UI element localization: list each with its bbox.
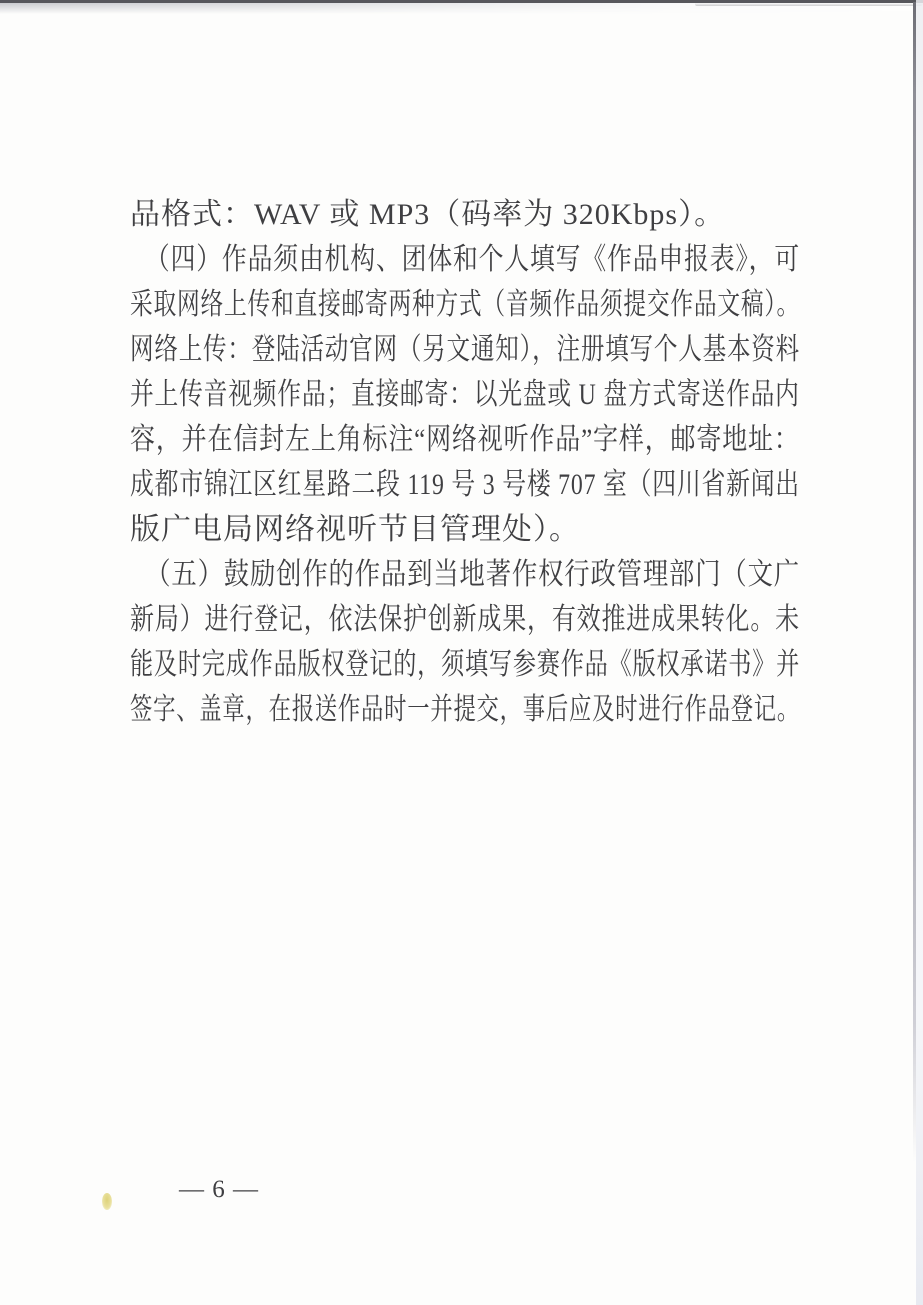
document-body-text: 品格式：WAV 或 MP3（码率为 320Kbps）。 （四）作品须由机构、团体… bbox=[130, 192, 800, 732]
scanned-document-page: 品格式：WAV 或 MP3（码率为 320Kbps）。 （四）作品须由机构、团体… bbox=[0, 0, 923, 1305]
yellow-speck-artifact bbox=[102, 1193, 112, 1210]
text-line-3: 采取网络上传和直接邮寄两种方式（音频作品须提交作品文稿）。 bbox=[130, 282, 638, 327]
text-line-4: 网络上传：登陆活动官网（另文通知），注册填写个人基本资料 bbox=[130, 327, 656, 372]
text-line-11: 能及时完成作品版权登记的，须填写参赛作品《版权承诺书》并 bbox=[130, 642, 647, 687]
page-number: — 6 — bbox=[179, 1174, 259, 1206]
text-line-6: 容，并在信封左上角标注“网络视听作品”字样，邮寄地址： bbox=[130, 417, 688, 462]
scan-top-edge-shadow bbox=[0, 3, 923, 14]
scan-right-edge-band bbox=[916, 0, 923, 1305]
text-line-12: 签字、盖章，在报送作品时一并提交，事后应及时进行作品登记。 bbox=[130, 687, 629, 732]
text-line-1: 品格式：WAV 或 MP3（码率为 320Kbps）。 bbox=[130, 192, 800, 237]
text-line-5: 并上传音视频作品；直接邮寄：以光盘或 U 盘方式寄送作品内 bbox=[130, 372, 661, 417]
text-line-2: （四）作品须由机构、团体和个人填写《作品申报表》，可 bbox=[130, 237, 685, 282]
text-line-7: 成都市锦江区红星路二段 119 号 3 号楼 707 室（四川省新闻出 bbox=[130, 462, 662, 507]
text-line-9: （五）鼓励创作的作品到当地著作权行政管理部门（文广 bbox=[130, 552, 696, 597]
text-line-10: 新局）进行登记，依法保护创新成果，有效推进成果转化。未 bbox=[130, 597, 666, 642]
text-line-8: 版广电局网络视听节目管理处）。 bbox=[130, 507, 800, 552]
